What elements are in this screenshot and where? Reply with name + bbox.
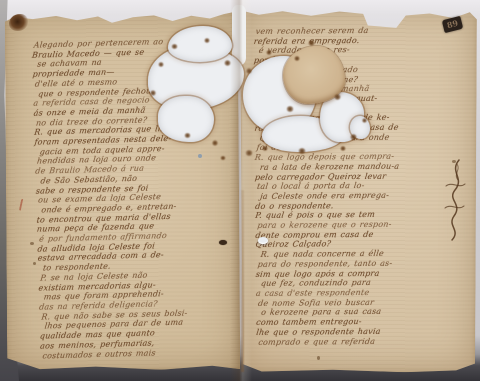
scorch-stain xyxy=(246,68,252,74)
scorch-stain xyxy=(212,140,218,146)
manuscript-photo: Alegando por pertencerem aoBraulio Maced… xyxy=(0,0,480,381)
fold-split-gap xyxy=(232,5,246,65)
scorch-stain xyxy=(334,94,341,100)
scorch-stain xyxy=(220,156,226,160)
blue-pencil-dot xyxy=(198,154,202,158)
ink-speck xyxy=(30,242,34,245)
pin-hole-dark xyxy=(219,240,227,245)
scorch-stain xyxy=(184,133,191,138)
scorch-stain xyxy=(171,44,178,49)
burn-hole xyxy=(168,26,232,62)
scorch-stain xyxy=(245,150,253,156)
handwriting-line: comprado e que a referida xyxy=(258,336,463,347)
scorch-stain xyxy=(262,146,268,151)
scorch-stain xyxy=(298,148,306,154)
scorch-stain xyxy=(340,146,346,151)
scorch-stain xyxy=(204,38,210,43)
scorch-stain xyxy=(286,106,294,112)
scorch-stain xyxy=(224,60,231,66)
scorch-stain xyxy=(362,118,367,123)
pin-hole-white xyxy=(258,237,268,244)
ink-speck xyxy=(33,262,36,265)
scorch-stain xyxy=(158,62,164,67)
scorch-stain xyxy=(294,56,300,61)
scorch-stain xyxy=(150,90,156,96)
fold-crease xyxy=(241,190,244,372)
rubric-flourish-icon xyxy=(437,156,473,246)
scorch-stain xyxy=(308,40,315,46)
ink-speck xyxy=(317,356,320,360)
scorch-stain xyxy=(350,134,357,140)
scorch-stain xyxy=(266,50,272,55)
